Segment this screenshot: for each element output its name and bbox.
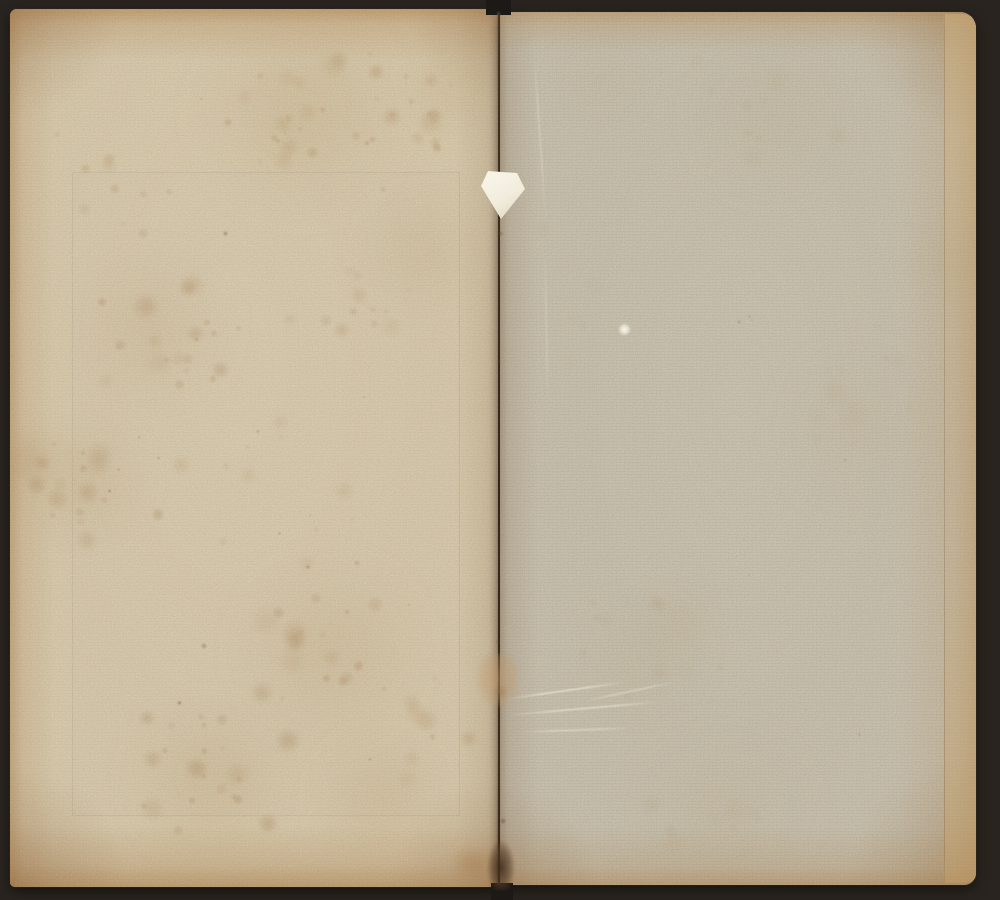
left-page-paper-grain-texture bbox=[10, 9, 498, 887]
gutter-crease-line bbox=[497, 12, 500, 884]
gutter-stain-mid bbox=[477, 654, 519, 708]
under-sheet-edge-strip bbox=[944, 14, 976, 883]
white-speck bbox=[618, 323, 631, 336]
right-page-paper-grain-texture bbox=[500, 12, 976, 885]
right-page bbox=[500, 12, 976, 885]
gutter-stain-bottom bbox=[487, 840, 515, 890]
book-scan bbox=[0, 0, 1000, 900]
left-page bbox=[10, 9, 498, 887]
